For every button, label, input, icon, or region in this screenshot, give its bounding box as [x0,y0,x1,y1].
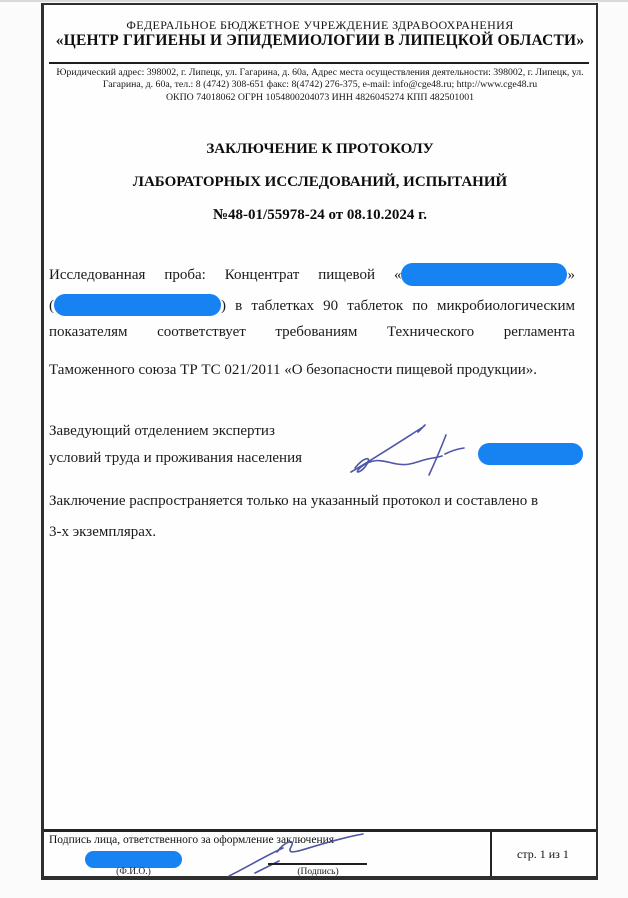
quoted-redaction: «» [394,263,575,286]
document-page: ФЕДЕРАЛЬНОЕ БЮДЖЕТНОЕ УЧРЕЖДЕНИЕ ЗДРАВОО… [41,3,598,880]
body-word: Концентрат [225,267,300,284]
signature-caption: (Подпись) [268,867,368,877]
position-line-2: условий труда и проживания населения [49,445,302,472]
scanned-document: { "document": { "header": { "org_type": … [0,0,628,898]
body-word: таблетках [251,298,314,315]
signature-ruling-line [268,863,367,865]
body-word: требованиям [275,324,357,341]
body-word: пищевой [318,267,375,284]
conclusion-paragraph: Исследованная проба: Концентрат пищевой … [49,263,575,385]
address-line-3: ОКПО 74018062 ОГРН 1054800204073 ИНН 482… [52,92,588,104]
organization-type: ФЕДЕРАЛЬНОЕ БЮДЖЕТНОЕ УЧРЕЖДЕНИЕ ЗДРАВОО… [44,18,596,33]
close-quote: » [567,267,575,283]
body-line-1: Исследованная проба: Концентрат пищевой … [49,263,575,294]
body-word: Технического [387,324,474,341]
open-quote: « [394,267,402,283]
body-line-4: Таможенного союза ТР ТС 021/2011 «О безо… [49,355,575,386]
body-word: Исследованная [49,267,145,284]
body-word: таблеток [347,298,403,315]
title-line-2: ЛАБОРАТОРНЫХ ИССЛЕДОВАНИЙ, ИСПЫТАНИЙ [44,166,596,199]
title-number-date: №48-01/55978-24 от 08.10.2024 г. [44,199,596,232]
body-word: показателям [49,324,128,341]
body-word: соответствует [157,324,246,341]
closing-line-2: 3-х экземплярах. [49,517,538,548]
signatory-position: Заведующий отделением экспертиз условий … [49,418,302,472]
handwritten-signature [345,417,470,479]
body-word: в [235,298,242,315]
address-line-2: Гагарина, д. 60а, тел.: 8 (4742) 308-651… [52,79,588,91]
position-line-1: Заведующий отделением экспертиз [49,418,302,445]
redaction-pill-product-name [401,263,567,286]
body-word: 90 [323,298,338,315]
redaction-pill-signatory-name [478,443,583,465]
redaction-pill-product-detail [54,294,221,316]
body-line-3: показателям соответствует требованиям Те… [49,324,575,355]
scan-edge-artifact [0,0,628,2]
body-word: регламента [504,324,575,341]
organization-name: «ЦЕНТР ГИГИЕНЫ И ЭПИДЕМИОЛОГИИ В ЛИПЕЦКО… [44,32,596,50]
body-word: микробиологическим [437,298,575,315]
body-word: проба: [164,267,205,284]
closing-line-1: Заключение распространяется только на ук… [49,486,538,517]
body-line-2: () в таблетках 90 таблеток по микробиоло… [49,294,575,325]
paren-redaction: () [49,294,226,316]
address-line-1: Юридический адрес: 398002, г. Липецк, ул… [52,67,588,79]
header-divider [49,62,589,64]
document-title: ЗАКЛЮЧЕНИЕ К ПРОТОКОЛУ ЛАБОРАТОРНЫХ ИССЛ… [44,133,596,232]
redaction-pill-fio [85,851,182,868]
fio-caption: (Ф.И.О.) [85,867,182,877]
closing-paragraph: Заключение распространяется только на ук… [49,486,538,548]
close-paren: ) [221,298,226,314]
page-number: стр. 1 из 1 [490,847,596,862]
address-block: Юридический адрес: 398002, г. Липецк, ул… [52,67,588,104]
title-line-1: ЗАКЛЮЧЕНИЕ К ПРОТОКОЛУ [44,133,596,166]
body-word: по [412,298,428,315]
